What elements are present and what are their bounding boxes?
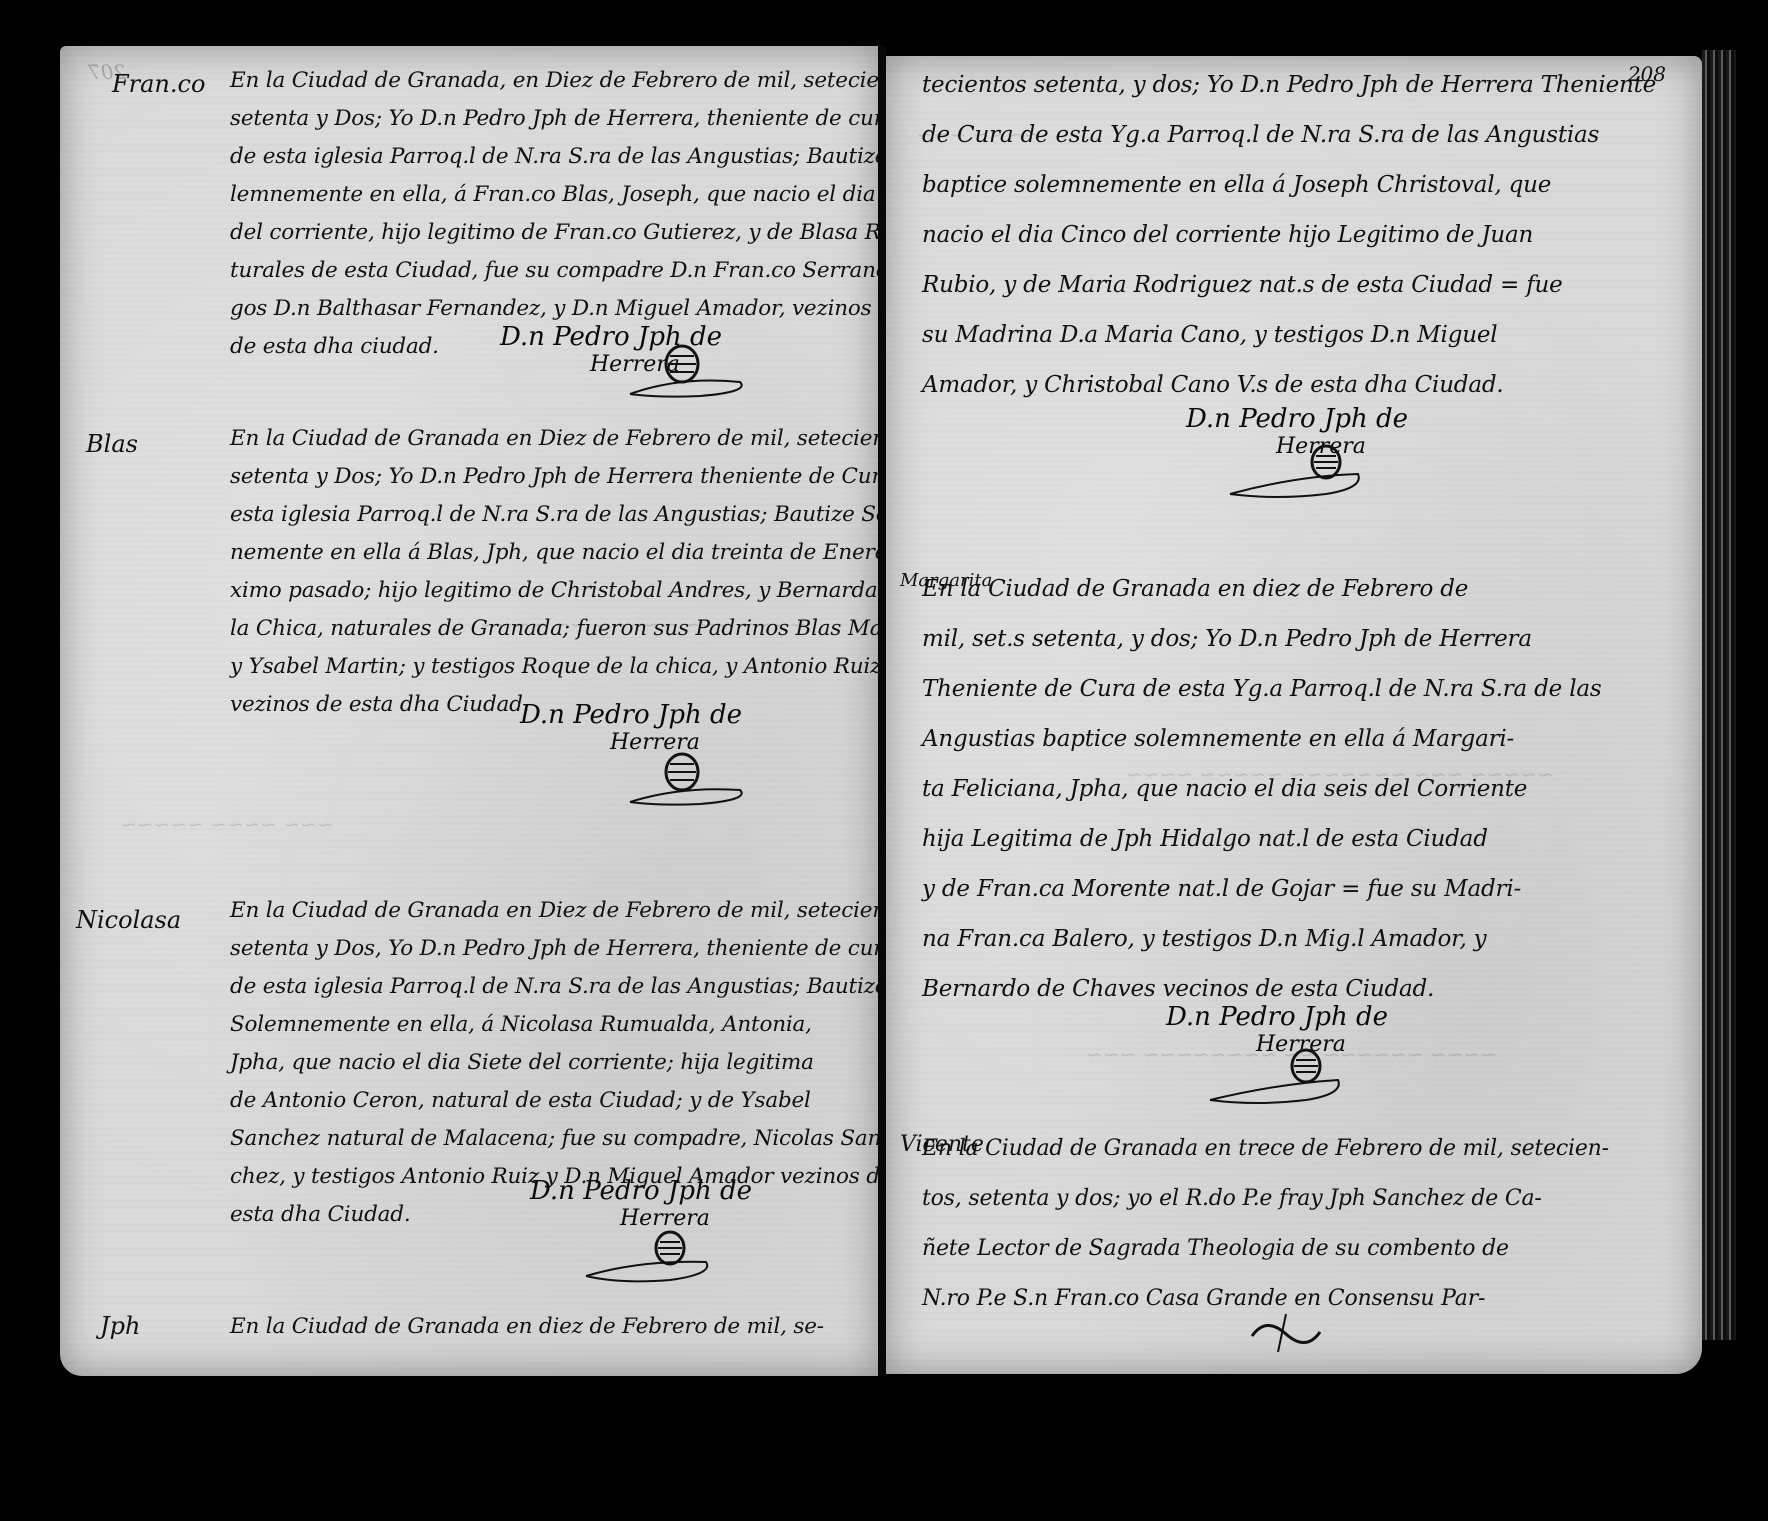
entry-line: setenta y Dos; Yo D.n Pedro Jph de Herre… — [230, 100, 880, 138]
entry-line: y de Fran.ca Morente nat.l de Gojar = fu… — [922, 864, 1601, 914]
entry-line: na Fran.ca Balero, y testigos D.n Mig.l … — [922, 914, 1601, 964]
entry-line: En la Ciudad de Granada en diez de Febre… — [230, 1308, 824, 1346]
entry-line: lemnemente en ella, á Fran.co Blas, Jose… — [230, 176, 880, 214]
entry-line: de Antonio Ceron, natural de esta Ciudad… — [230, 1082, 880, 1120]
entry-text: En la Ciudad de Granada, en Diez de Febr… — [230, 62, 880, 366]
margin-name: Nicolasa — [76, 906, 181, 934]
entry-line: su Madrina D.a Maria Cano, y testigos D.… — [922, 310, 1656, 360]
signature-rubric-icon — [1226, 440, 1366, 510]
entry-line: la Chica, naturales de Granada; fueron s… — [230, 610, 880, 648]
entry-line: nacio el dia Cinco del corriente hijo Le… — [922, 210, 1656, 260]
entry-line: Theniente de Cura de esta Yg.a Parroq.l … — [922, 664, 1601, 714]
entry-line: Rubio, y de Maria Rodriguez nat.s de est… — [922, 260, 1656, 310]
book-page-edges — [1702, 50, 1736, 1340]
entry-line: Jpha, que nacio el dia Siete del corrien… — [230, 1044, 880, 1082]
entry-line: tos, setenta y dos; yo el R.do P.e fray … — [922, 1174, 1609, 1224]
entry-text: En la Ciudad de Granada en trece de Febr… — [922, 1124, 1609, 1324]
entry-line: Solemnemente en ella, á Nicolasa Rumuald… — [230, 1006, 880, 1044]
entry-line: de esta iglesia Parroq.l de N.ra S.ra de… — [230, 138, 880, 176]
entry-line: Sanchez natural de Malacena; fue su comp… — [230, 1120, 880, 1158]
entry-text: tecientos setenta, y dos; Yo D.n Pedro J… — [922, 60, 1656, 410]
entry-text: En la Ciudad de Granada en diez de Febre… — [230, 1308, 824, 1346]
open-register-book: 207 ~~~~ ~~~ ~~~~~ ~~ ~~~~ ~~~ ~~~~ ~~~~… — [0, 0, 1768, 1521]
entry-line: baptice solemnemente en ella á Joseph Ch… — [922, 160, 1656, 210]
bleed-through-text: ~~~ ~~~~ ~~~~~ — [120, 806, 334, 842]
entry-line: En la Ciudad de Granada en Diez de Febre… — [230, 420, 880, 458]
entry-text: En la Ciudad de Granada en diez de Febre… — [922, 564, 1601, 1014]
entry-line: del corriente, hijo legitimo de Fran.co … — [230, 214, 880, 252]
catchword-flourish-icon — [1246, 1306, 1326, 1356]
entry-line: nemente en ella á Blas, Jph, que nacio e… — [230, 534, 880, 572]
entry-line: hija Legitima de Jph Hidalgo nat.l de es… — [922, 814, 1601, 864]
margin-name: Fran.co — [112, 70, 205, 98]
entry-line: mil, set.s setenta, y dos; Yo D.n Pedro … — [922, 614, 1601, 664]
entry-line: En la Ciudad de Granada en diez de Febre… — [922, 564, 1601, 614]
margin-name: Jph — [100, 1312, 140, 1340]
priest-signature: D.n Pedro Jph de Herrera — [530, 1176, 752, 1231]
entry-line: ñete Lector de Sagrada Theologia de su c… — [922, 1224, 1609, 1274]
entry-line: de esta iglesia Parroq.l de N.ra S.ra de… — [230, 968, 880, 1006]
margin-name: Blas — [86, 430, 138, 458]
entry-line: tecientos setenta, y dos; Yo D.n Pedro J… — [922, 60, 1656, 110]
entry-line: Angustias baptice solemnemente en ella á… — [922, 714, 1601, 764]
entry-line: setenta y Dos; Yo D.n Pedro Jph de Herre… — [230, 458, 880, 496]
entry-line: setenta y Dos, Yo D.n Pedro Jph de Herre… — [230, 930, 880, 968]
signature-rubric-icon — [620, 746, 760, 816]
right-page: 208 ~~~~ ~~~ ~~~~~ ~~~ ~~~~~~~ ~~~~~ ~~~… — [886, 56, 1702, 1374]
signature-rubric-icon — [1206, 1046, 1346, 1116]
left-page: 207 ~~~~ ~~~ ~~~~~ ~~ ~~~~ ~~~ ~~~~ ~~~~… — [60, 46, 880, 1376]
book-gutter — [878, 46, 886, 1376]
entry-line: esta iglesia Parroq.l de N.ra S.ra de la… — [230, 496, 880, 534]
signature-rubric-icon — [620, 336, 760, 406]
signature-rubric-icon — [580, 1226, 720, 1296]
entry-line: de Cura de esta Yg.a Parroq.l de N.ra S.… — [922, 110, 1656, 160]
entry-line: Amador, y Christobal Cano V.s de esta dh… — [922, 360, 1656, 410]
entry-line: ximo pasado; hijo legitimo de Christobal… — [230, 572, 880, 610]
entry-line: ta Feliciana, Jpha, que nacio el dia sei… — [922, 764, 1601, 814]
entry-line: En la Ciudad de Granada, en Diez de Febr… — [230, 62, 880, 100]
entry-line: y Ysabel Martin; y testigos Roque de la … — [230, 648, 880, 686]
entry-line: En la Ciudad de Granada en trece de Febr… — [922, 1124, 1609, 1174]
entry-text: En la Ciudad de Granada en Diez de Febre… — [230, 420, 880, 724]
entry-line: turales de esta Ciudad, fue su compadre … — [230, 252, 880, 290]
entry-line: En la Ciudad de Granada en Diez de Febre… — [230, 892, 880, 930]
